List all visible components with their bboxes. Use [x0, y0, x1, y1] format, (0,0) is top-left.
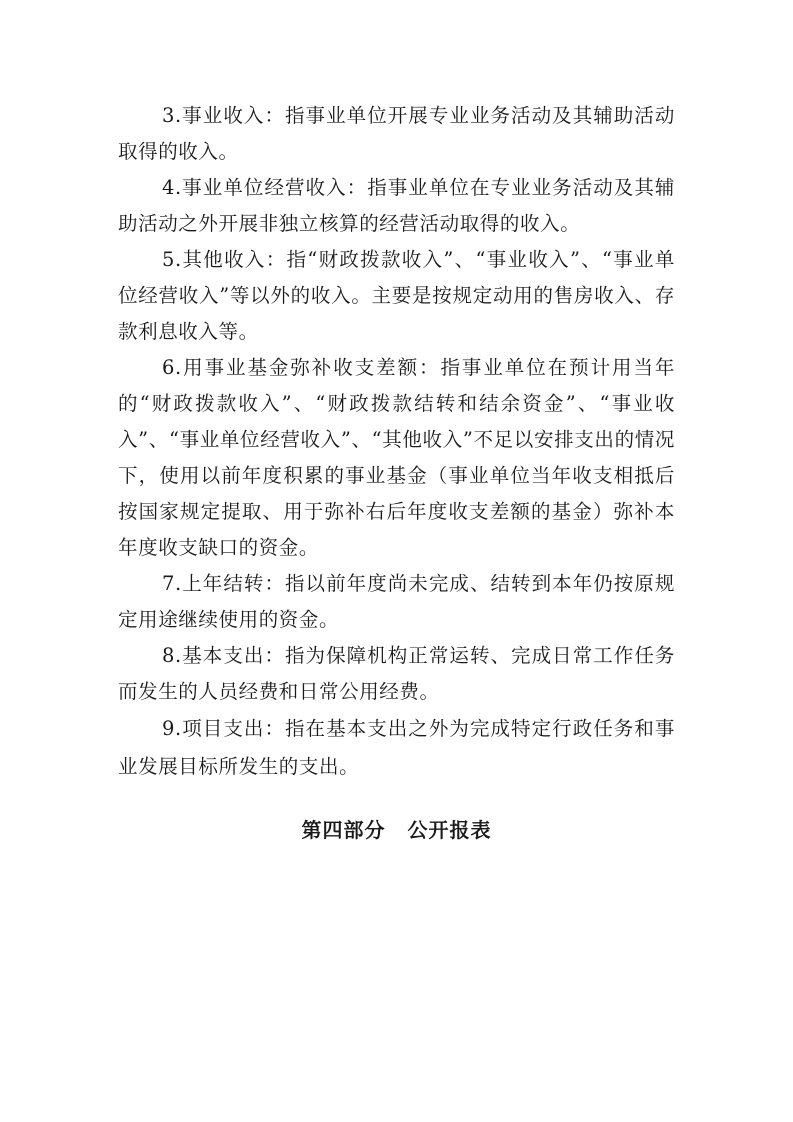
- section-name-label: 公开报表: [408, 818, 492, 842]
- document-page: 3.事业收入：指事业单位开展专业业务活动及其辅助活动取得的收入。 4.事业单位经…: [118, 98, 675, 848]
- definition-paragraph-5: 5.其他收入：指“财政拨款收入”、“事业收入”、“事业单位经营收入”等以外的收入…: [118, 242, 675, 350]
- section-heading: 第四部分公开报表: [118, 812, 675, 848]
- definition-paragraph-7: 7.上年结转：指以前年度尚未完成、结转到本年仍按原规定用途继续使用的资金。: [118, 566, 675, 638]
- definition-paragraph-4: 4.事业单位经营收入：指事业单位在专业业务活动及其辅助活动之外开展非独立核算的经…: [118, 170, 675, 242]
- definition-paragraph-3: 3.事业收入：指事业单位开展专业业务活动及其辅助活动取得的收入。: [118, 98, 675, 170]
- section-part-label: 第四部分: [302, 818, 386, 842]
- definition-paragraph-8: 8.基本支出：指为保障机构正常运转、完成日常工作任务而发生的人员经费和日常公用经…: [118, 638, 675, 710]
- definition-paragraph-6: 6.用事业基金弥补收支差额：指事业单位在预计用当年的“财政拨款收入”、“财政拨款…: [118, 350, 675, 566]
- definition-paragraph-9: 9.项目支出：指在基本支出之外为完成特定行政任务和事业发展目标所发生的支出。: [118, 710, 675, 786]
